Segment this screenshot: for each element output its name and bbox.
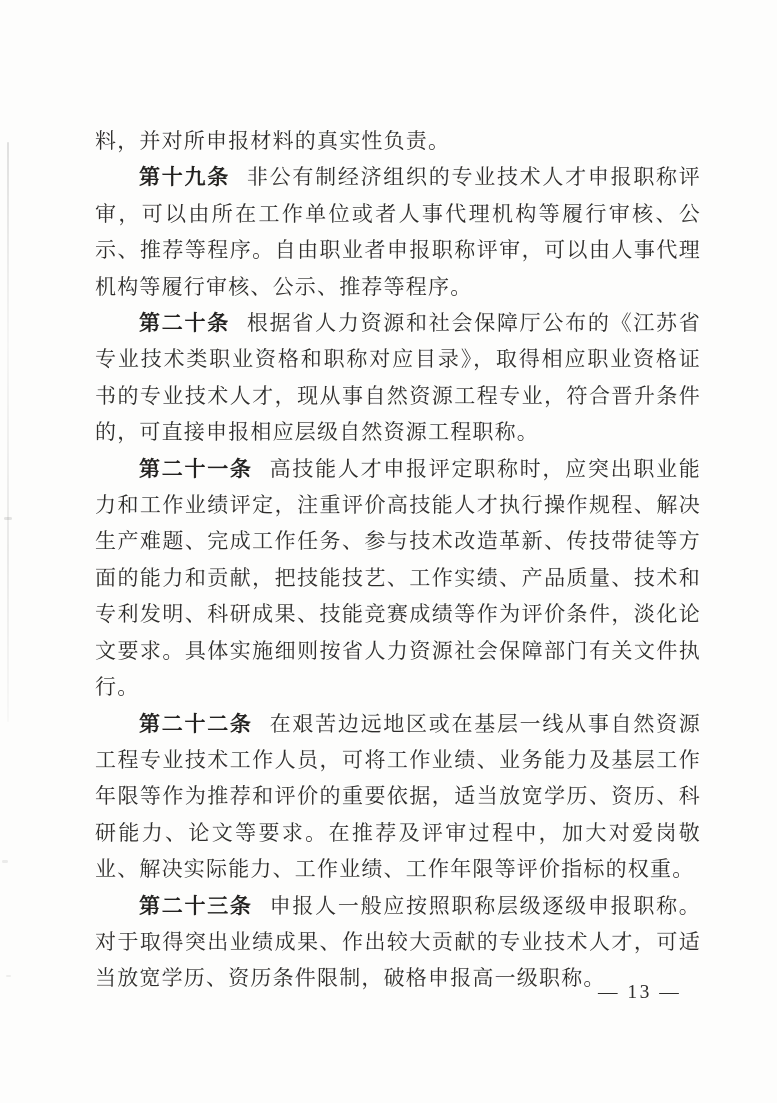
- paragraph: 第二十一条高技能人才申报评定职称时，应突出职业能力和工作业绩评定，注重评价高技能…: [95, 451, 701, 706]
- page-number: — 13 —: [598, 982, 688, 1004]
- article-number: 第二十三条: [139, 894, 253, 918]
- paragraph-text: 料，并对所申报材料的真实性负责。: [95, 129, 450, 153]
- paragraph: 第二十二条在艰苦边远地区或在基层一线从事自然资源工程专业技术工作人员，可将工作业…: [95, 706, 701, 888]
- article-number: 第二十二条: [139, 712, 253, 736]
- text-block: 料，并对所申报材料的真实性负责。第十九条非公有制经济组织的专业技术人才申报职称评…: [95, 123, 701, 997]
- paragraph: 第二十三条申报人一般应按照职称层级逐级申报职称。对于取得突出业绩成果、作出较大贡…: [95, 888, 701, 997]
- article-number: 第二十条: [139, 311, 230, 335]
- scan-artifact-streak: [7, 142, 9, 722]
- scan-artifact-smudge: [4, 517, 12, 520]
- scan-artifact-smudge: [6, 975, 11, 977]
- scan-artifact-smudge: [2, 860, 8, 863]
- paragraph: 第二十条根据省人力资源和社会保障厅公布的《江苏省专业技术类职业资格和职称对应目录…: [95, 305, 701, 451]
- paragraph-text: 高技能人才申报评定职称时，应突出职业能力和工作业绩评定，注重评价高技能人才执行操…: [95, 457, 701, 699]
- paragraph: 第十九条非公有制经济组织的专业技术人才申报职称评审，可以由所在工作单位或者人事代…: [95, 159, 701, 305]
- document-page: 料，并对所申报材料的真实性负责。第十九条非公有制经济组织的专业技术人才申报职称评…: [0, 0, 777, 1103]
- paragraph: 料，并对所申报材料的真实性负责。: [95, 123, 701, 159]
- article-number: 第十九条: [139, 165, 230, 189]
- article-number: 第二十一条: [139, 457, 253, 481]
- paragraph-text: 在艰苦边远地区或在基层一线从事自然资源工程专业技术工作人员，可将工作业绩、业务能…: [95, 712, 701, 882]
